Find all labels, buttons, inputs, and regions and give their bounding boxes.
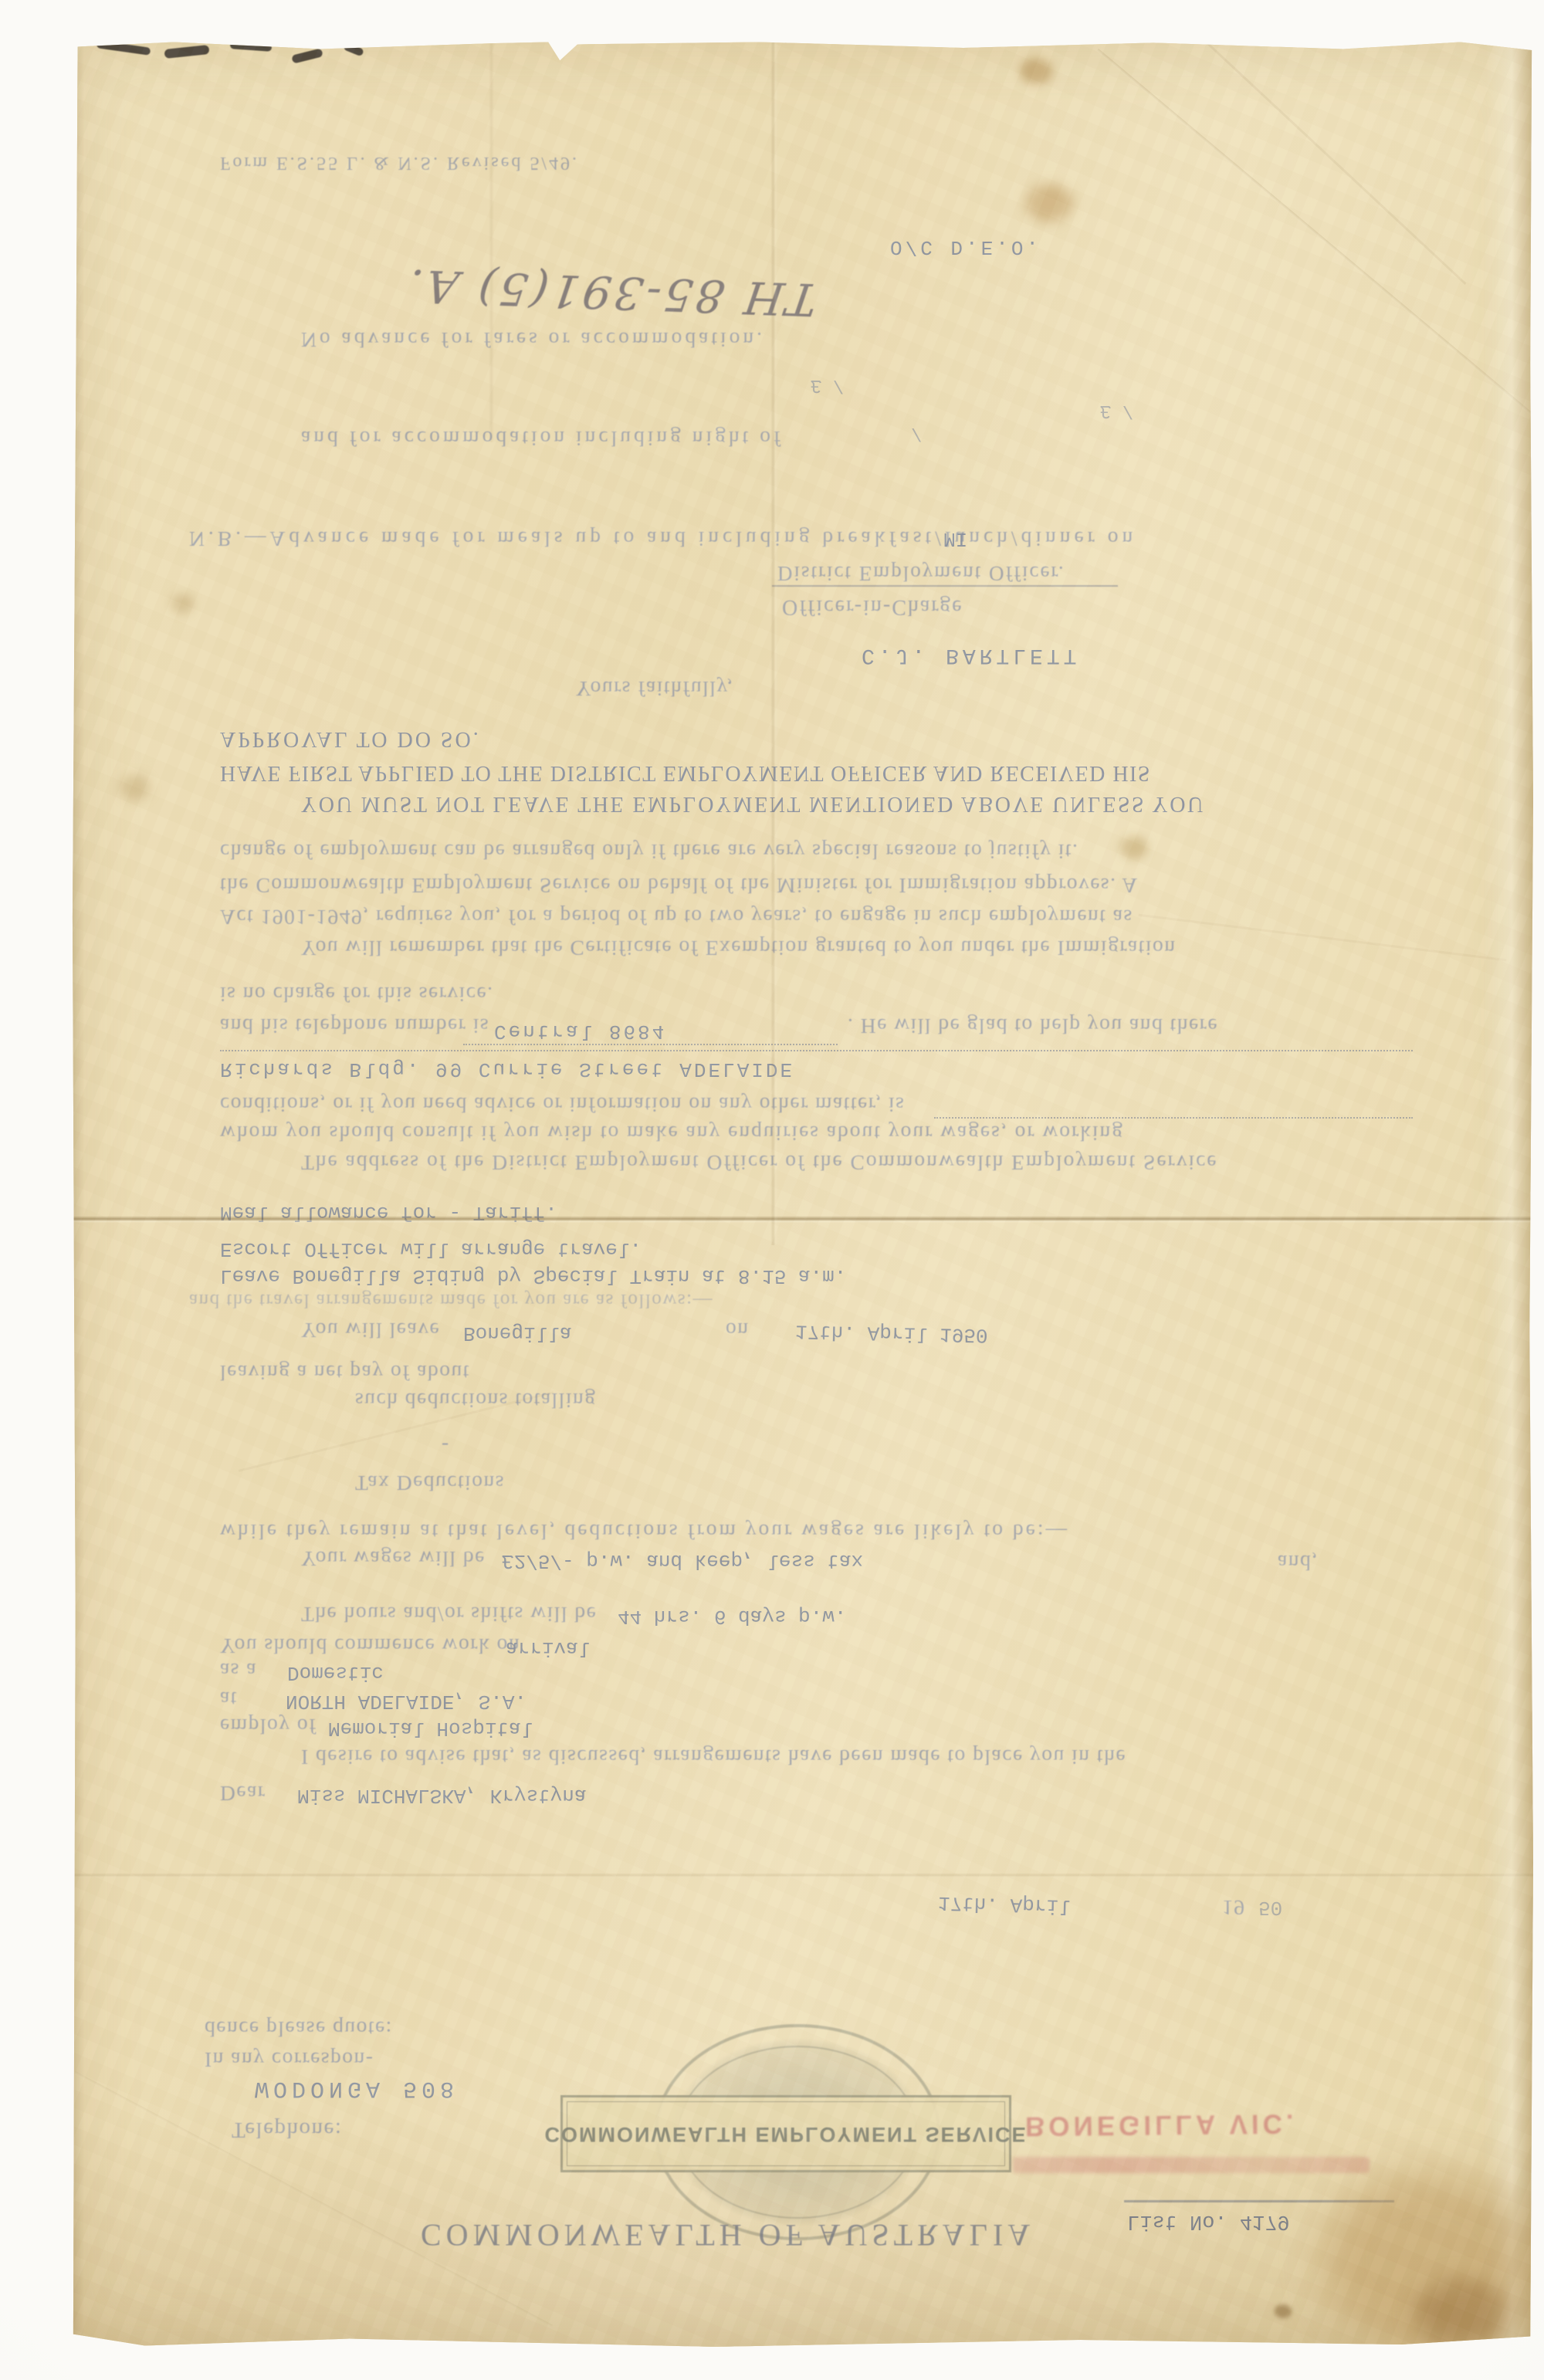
enquiries-line: whom you should consult if you wish to m…: [220, 1121, 1124, 1146]
crease-vertical-left: [489, 41, 494, 442]
stain-bottom-right: [1322, 2172, 1531, 2349]
crease-diagonal-bottom-left: [74, 2071, 553, 2328]
ink-mark: [96, 40, 151, 56]
handwritten-reference: TH 85-391(5) A.: [392, 259, 820, 327]
ink-mark: [343, 42, 364, 56]
warning-line-2: HAVE FIRST APPLIED TO THE DISTRICT EMPLO…: [220, 760, 1151, 785]
typist-initials: MI: [943, 527, 967, 550]
service-line: is no charge for this service.: [220, 982, 494, 1007]
ink-mark: [164, 45, 210, 59]
left-edge-shade: [72, 41, 84, 2347]
leave-place: Bonegilla: [463, 1322, 571, 1345]
exemption-line-3: the Commonwealth Employment Service on b…: [220, 873, 1139, 898]
leave-line-pre: You will leave: [301, 1318, 440, 1342]
stain-dot: [1275, 2304, 1292, 2318]
red-stamp-bonegilla: BONEGILLA VIC.: [1025, 2107, 1298, 2141]
quote-line-2: dence please quote:: [205, 2016, 393, 2041]
advance-none-line: No advance for fares or accommodation.: [301, 327, 765, 352]
list-no-rule: [1124, 2200, 1394, 2202]
wages-intro-line: while they remain at that level, deducti…: [220, 1519, 1069, 1544]
leave-on: on: [726, 1318, 750, 1342]
dash-mark: -: [442, 1434, 450, 1458]
leave-date: 17th. April 1950: [795, 1319, 988, 1346]
phone-label: Telephone:: [232, 2117, 342, 2142]
net-pay-line: leaving a net pay of about: [220, 1360, 470, 1385]
valediction: Yours faithfully,: [576, 676, 733, 701]
warning-line-3: APPROVAL TO DO SO.: [220, 726, 481, 751]
employer-value: Memorial Hospital: [328, 1717, 533, 1740]
hours-line-pre: The hours and/or shifts will be: [301, 1602, 597, 1627]
ces-banner-stamp: COMMONWEALTH EMPLOYMENT SERVICE: [560, 2095, 1011, 2172]
deductions-line: such deductions totalling: [355, 1388, 596, 1413]
ink-mark: [230, 41, 273, 52]
advance-amount: £ /: [811, 374, 844, 395]
salutation-pre: Dear: [220, 1781, 266, 1806]
advance-meals-line: N.B.—Advance made for meals up to and in…: [189, 526, 1136, 551]
travel-intro-line: and the travel arrangements made for you…: [189, 1289, 713, 1311]
advance-amount: £ /: [1100, 400, 1133, 421]
deo-address-value: Richards Bldg. 99 Currie Street ADELAIDE: [220, 1058, 794, 1081]
list-no: List No. 4179: [1127, 2209, 1290, 2233]
signature-rule: [772, 585, 1118, 587]
tax-deductions-label: Tax Deductions: [355, 1471, 505, 1495]
date-year-printed: 19: [1222, 1895, 1246, 1920]
stain: [1020, 58, 1052, 84]
escort-line: Escort Officer will arrange travel.: [220, 1237, 642, 1261]
dotted-rule: [934, 1117, 1413, 1119]
stain: [1026, 185, 1072, 222]
org-name: COMMONWEALTH OF AUSTRALIA: [421, 2217, 1034, 2253]
exemption-line-4: change of employment can be arranged onl…: [220, 839, 1078, 864]
stain: [120, 774, 151, 801]
oc-deo-note: O/C D.E.O.: [890, 235, 1041, 259]
stain: [1120, 836, 1148, 859]
employ-label: employ of: [220, 1714, 317, 1738]
letter-paper: Form E.S.55 L. & N.S. Revised 5/49. TH 8…: [72, 41, 1533, 2347]
fold-line-horizontal-faint: [72, 1873, 1533, 1877]
ink-mark: [291, 48, 323, 63]
warning-line-1: YOU MUST NOT LEAVE THE EMPLOYMENT MENTIO…: [301, 791, 1205, 816]
as-a-label: as a: [220, 1658, 257, 1683]
wages-and: and,: [1278, 1550, 1319, 1575]
commence-value: arrival: [506, 1637, 590, 1660]
scanned-document: Form E.S.55 L. & N.S. Revised 5/49. TH 8…: [0, 0, 1544, 2380]
phone-line-pre: and his telephone number is: [220, 1014, 489, 1038]
occupation-value: Domestic: [287, 1661, 384, 1684]
quote-line-1: In any correspon-: [205, 2047, 374, 2072]
signature-office: District Employment Officer.: [777, 561, 1065, 585]
stain-bottom-right-dark: [1415, 2280, 1508, 2349]
hours-value: 44 hrs. 6 days p.w.: [618, 1605, 846, 1628]
date-year-typed: 50: [1258, 1896, 1282, 1919]
phone-line-post: . He will be glad to help you and there: [848, 1014, 1218, 1038]
paper-texture: [72, 41, 1533, 2347]
advance-accommodation-line: and for accommodation including night of: [301, 426, 784, 451]
office-phone-value: WODONGA 508: [255, 2075, 459, 2101]
salutation-name: Miss MICHALSKA, Krystyna: [297, 1784, 586, 1807]
location-value: NORTH ADELAIDE, S.A.: [286, 1690, 527, 1713]
red-stamp-illegible-line: [1013, 2157, 1370, 2173]
right-edge-strip: [1485, 41, 1533, 2347]
commence-line-pre: You should commence work on: [220, 1633, 520, 1658]
at-label: at: [220, 1687, 238, 1711]
advance-slash: /: [911, 422, 922, 443]
desire-line: I desire to advise that, as discussed, a…: [301, 1745, 1126, 1769]
exemption-line-1: You will remember that the Certificate o…: [301, 936, 1176, 960]
ces-banner-label: COMMONWEALTH EMPLOYMENT SERVICE: [545, 2122, 1028, 2146]
crease-small: [1139, 914, 1507, 961]
conditions-line: conditions, or if you need advice or inf…: [220, 1092, 905, 1117]
dotted-rule: [463, 1044, 838, 1045]
meal-allowance-line: Meal allowance for - Tariff.: [220, 1201, 557, 1224]
exemption-line-2: Act 1901-1949, requires you, for a perio…: [220, 905, 1133, 929]
signature-role: Officer-in-Charge: [782, 594, 963, 619]
train-line: Leave Bonegilla Siding by Special Train …: [220, 1264, 846, 1288]
wages-value: £2/5/- p.w. and keep, less tax: [502, 1549, 863, 1573]
signature-name: C.J. BARTLETT: [862, 643, 1080, 667]
wages-line-pre: Your wages will be: [301, 1546, 486, 1571]
crease-diagonal-top-right-2: [1205, 41, 1466, 285]
stain: [171, 594, 194, 614]
dotted-rule: [220, 1050, 1413, 1051]
crease-diagonal-top-right: [1096, 49, 1536, 418]
address-intro-line: The address of the District Employment O…: [301, 1150, 1218, 1175]
date-day-month: 17th. April: [938, 1891, 1071, 1918]
phone-number-value: Central 8684: [494, 1020, 666, 1043]
form-number: Form E.S.55 L. & N.S. Revised 5/49.: [220, 152, 579, 173]
